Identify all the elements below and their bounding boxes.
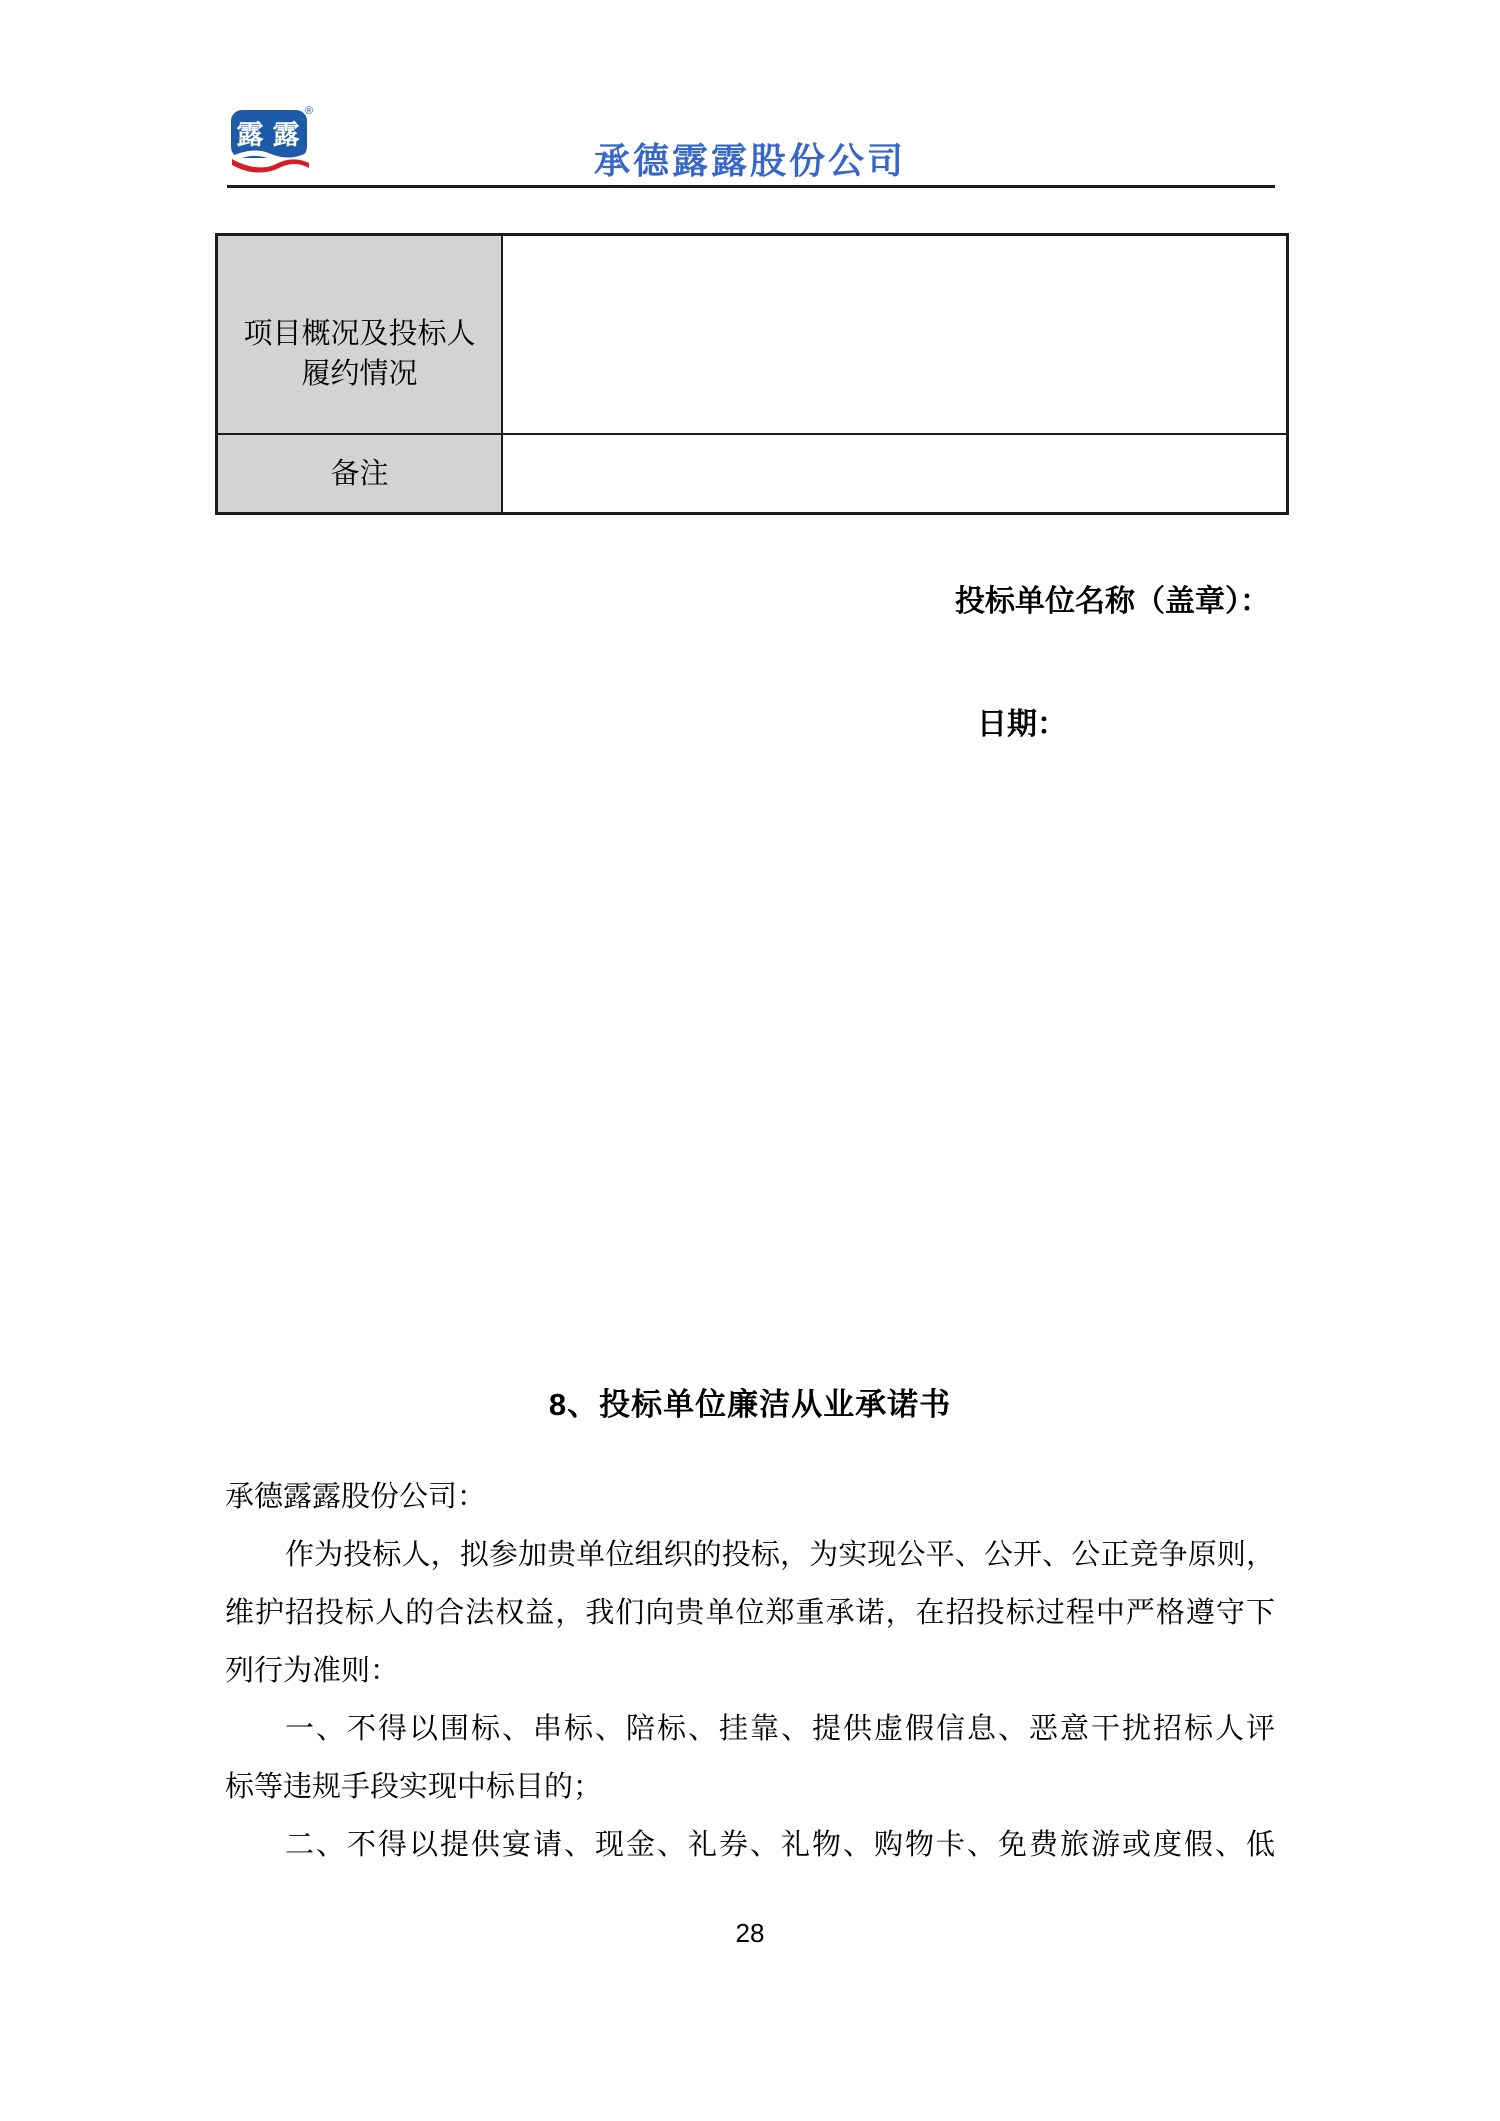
- bid-info-table: 项目概况及投标人 履约情况 备注: [215, 233, 1289, 515]
- registered-mark-icon: ®: [305, 105, 313, 117]
- page-number: 28: [0, 1918, 1500, 1949]
- table-label-cell-remarks: 备注: [218, 435, 503, 512]
- body-line: 维护招投标人的合法权益，我们向贵单位郑重承诺，在招投标过程中严格遵守下: [225, 1584, 1275, 1642]
- table-value-cell-remarks: [503, 435, 1286, 512]
- date-label: 日期：: [977, 699, 1067, 743]
- table-label-line: 履约情况: [301, 354, 417, 394]
- document-page: 露 露 ® 承德露露股份公司 项目概况及投标人 履约情况 备注 投标单位名称（盖…: [0, 0, 1500, 2121]
- body-line: 承德露露股份公司：: [225, 1468, 1275, 1526]
- body-line: 标等违规手段实现中标目的；: [225, 1758, 1275, 1816]
- body-line: 一、不得以围标、串标、陪标、挂靠、提供虚假信息、恶意干扰招标人评: [225, 1700, 1275, 1758]
- table-value-cell-project: [503, 236, 1286, 435]
- body-line: 作为投标人，拟参加贵单位组织的投标，为实现公平、公开、公正竞争原则，: [225, 1526, 1275, 1584]
- body-line: 列行为准则：: [225, 1642, 1275, 1700]
- section-title: 8、投标单位廉洁从业承诺书: [0, 1379, 1500, 1424]
- bidder-name-seal-label: 投标单位名称（盖章）：: [955, 576, 1270, 620]
- company-name: 承德露露股份公司: [0, 133, 1500, 184]
- body-line: 二、不得以提供宴请、现金、礼券、礼物、购物卡、免费旅游或度假、低: [225, 1816, 1275, 1874]
- table-label-line: 备注: [330, 454, 388, 494]
- table-label-line: 项目概况及投标人: [243, 314, 475, 354]
- header-divider: [227, 185, 1275, 188]
- table-label-cell-project: 项目概况及投标人 履约情况: [218, 236, 503, 435]
- commitment-letter-body: 承德露露股份公司： 作为投标人，拟参加贵单位组织的投标，为实现公平、公开、公正竞…: [225, 1468, 1275, 1874]
